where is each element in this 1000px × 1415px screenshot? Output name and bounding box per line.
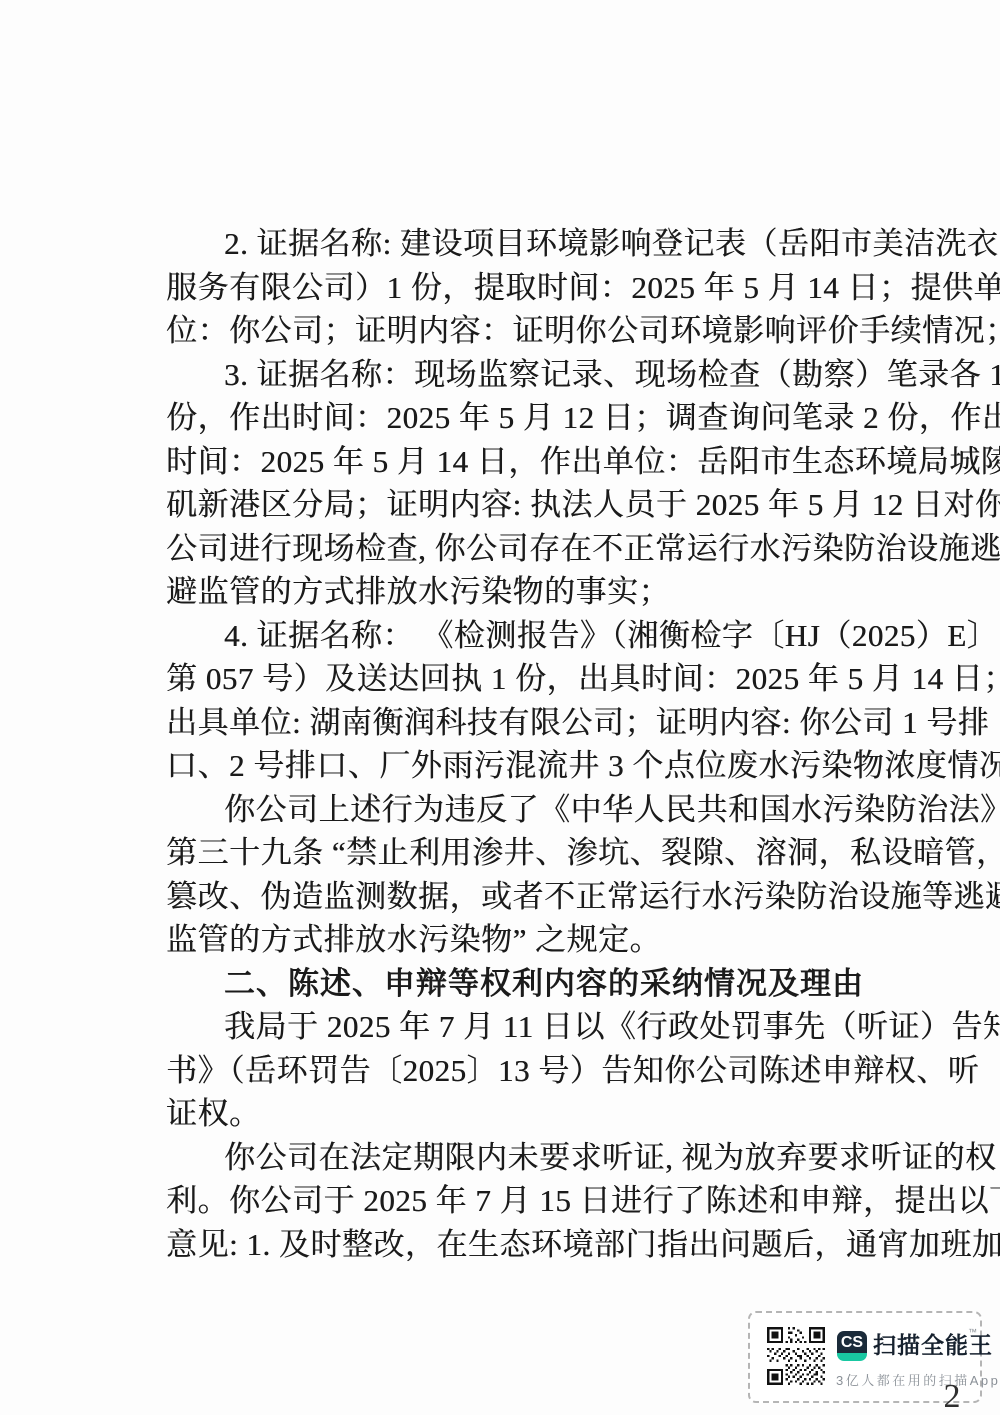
doc-line: 服务有限公司）1 份，提取时间：2025 年 5 月 14 日；提供单 [166,266,862,310]
doc-line: 利。你公司于 2025 年 7 月 15 日进行了陈述和申辩，提出以下 [166,1179,862,1223]
doc-line: 位：你公司；证明内容：证明你公司环境影响评价手续情况； [166,309,862,353]
doc-line: 篡改、伪造监测数据，或者不正常运行水污染防治设施等逃避 [166,875,862,919]
doc-line: 你公司上述行为违反了《中华人民共和国水污染防治法》 [166,788,862,832]
doc-line: 你公司在法定期限内未要求听证, 视为放弃要求听证的权 [166,1136,862,1180]
doc-line: 3. 证据名称：现场监察记录、现场检查（勘察）笔录各 1 [166,353,862,397]
page-number: 2 [932,1378,972,1415]
doc-line: 份，作出时间：2025 年 5 月 12 日；调查询问笔录 2 份，作出 [166,396,862,440]
doc-line: 时间：2025 年 5 月 14 日，作出单位：岳阳市生态环境局城陵 [166,440,862,484]
doc-line: 证权。 [166,1092,862,1136]
doc-line: 口、2 号排口、厂外雨污混流井 3 个点位废水污染物浓度情况。 [166,744,862,788]
scanned-document-page: 2. 证据名称: 建设项目环境影响登记表（岳阳市美洁洗衣 服务有限公司）1 份，… [0,0,1000,1415]
doc-line: 第三十九条 “禁止利用渗井、渗坑、裂隙、溶洞，私设暗管， [166,831,862,875]
document-body: 2. 证据名称: 建设项目环境影响登记表（岳阳市美洁洗衣 服务有限公司）1 份，… [166,222,862,1266]
doc-line: 第 057 号）及送达回执 1 份，出具时间：2025 年 5 月 14 日； [166,657,862,701]
camscanner-tagline: 3亿人都在用的扫描App [836,1370,1000,1389]
section-heading: 二、陈述、申辩等权利内容的采纳情况及理由 [166,962,862,1006]
camscanner-logo-icon: CS [837,1331,867,1361]
doc-line: 矶新港区分局；证明内容: 执法人员于 2025 年 5 月 12 日对你 [166,483,862,527]
doc-line: 4. 证据名称： 《检测报告》（湘衡检字〔HJ（2025）E〕 [166,614,862,658]
doc-line: 2. 证据名称: 建设项目环境影响登记表（岳阳市美洁洗衣 [166,222,862,266]
trademark-symbol: ™ [968,1327,977,1337]
doc-line: 监管的方式排放水污染物” 之规定。 [166,918,862,962]
doc-line: 我局于 2025 年 7 月 11 日以《行政处罚事先（听证）告知 [166,1005,862,1049]
doc-line: 避监管的方式排放水污染物的事实； [166,570,862,614]
qr-code-icon [767,1327,825,1385]
doc-line: 出具单位: 湖南衡润科技有限公司；证明内容: 你公司 1 号排 [166,701,862,745]
doc-line: 公司进行现场检查, 你公司存在不正常运行水污染防治设施逃 [166,527,862,571]
doc-line: 意见: 1. 及时整改，在生态环境部门指出问题后，通宵加班加 [166,1223,862,1267]
doc-line: 书》（岳环罚告〔2025〕13 号）告知你公司陈述申辩权、听 [166,1049,862,1093]
